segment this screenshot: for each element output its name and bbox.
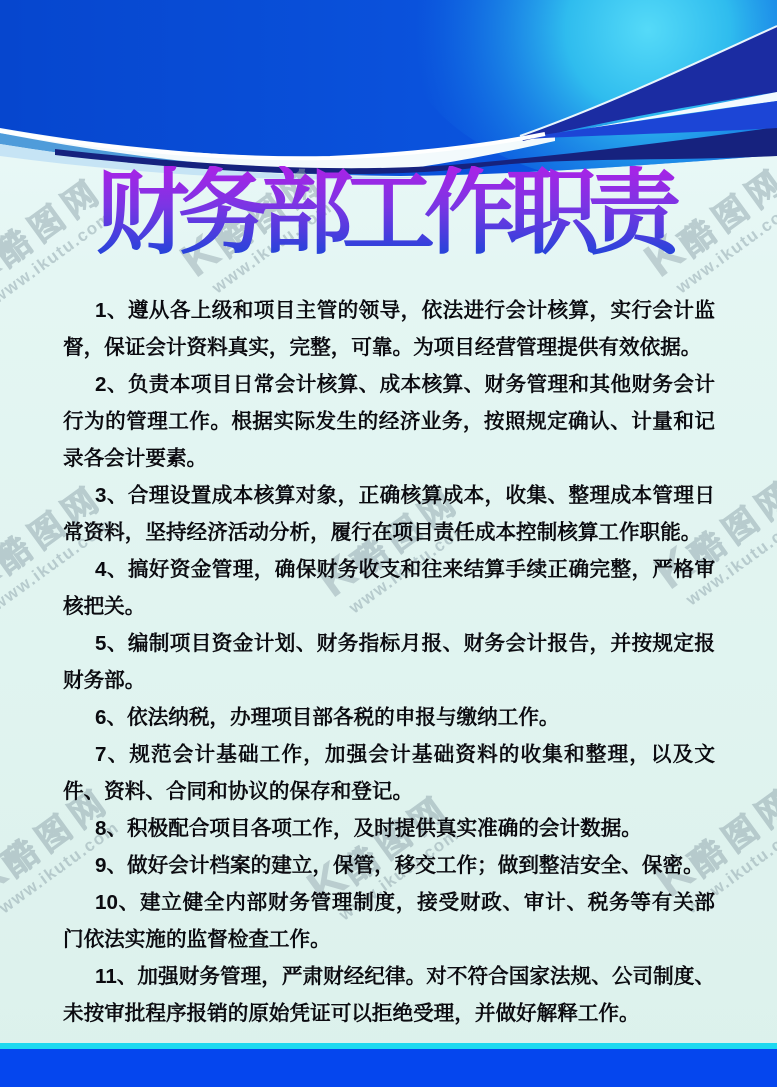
kutu-logo-mark-icon: K <box>0 847 16 906</box>
duty-item: 9、做好会计档案的建立，保管，移交工作；做到整洁安全、保密。 <box>63 847 715 884</box>
duty-item: 8、积极配合项目各项工作，及时提供真实准确的会计数据。 <box>63 810 715 847</box>
duty-item: 4、搞好资金管理，确保财务收支和往来结算手续正确完整，严格审核把关。 <box>63 551 715 625</box>
header-swoosh <box>0 0 777 187</box>
duty-item: 10、建立健全内部财务管理制度，接受财政、审计、税务等有关部门依法实施的监督检查… <box>63 884 715 958</box>
duties-list: 1、遵从各上级和项目主管的领导，依法进行会计核算，实行会计监督，保证会计资料真实… <box>63 292 715 1032</box>
duty-item: 3、合理设置成本核算对象，正确核算成本，收集、整理成本管理日常资料，坚持经济活动… <box>63 477 715 551</box>
duty-item: 5、编制项目资金计划、财务指标月报、财务会计报告，并按规定报财务部。 <box>63 625 715 699</box>
duty-item: 7、规范会计基础工作，加强会计基础资料的收集和整理，以及文件、资料、合同和协议的… <box>63 736 715 810</box>
kutu-logo-mark-icon: K <box>0 544 9 603</box>
duty-item: 1、遵从各上级和项目主管的领导，依法进行会计核算，实行会计监督，保证会计资料真实… <box>63 292 715 366</box>
page-title: 财务部工作职责 <box>92 166 685 261</box>
duty-item: 6、依法纳税，办理项目部各税的申报与缴纳工作。 <box>63 699 715 736</box>
footer-blue-bar <box>0 1049 777 1087</box>
duty-item: 2、负责本项目日常会计核算、成本核算、财务管理和其他财务会计行为的管理工作。根据… <box>63 366 715 477</box>
duty-item: 11、加强财务管理，严肃财经纪律。对不符合国家法规、公司制度、未按审批程序报销的… <box>63 958 715 1032</box>
poster-page: K酷图网 www.ikutu.com K酷图网 www.ikutu.com K酷… <box>0 0 777 1087</box>
